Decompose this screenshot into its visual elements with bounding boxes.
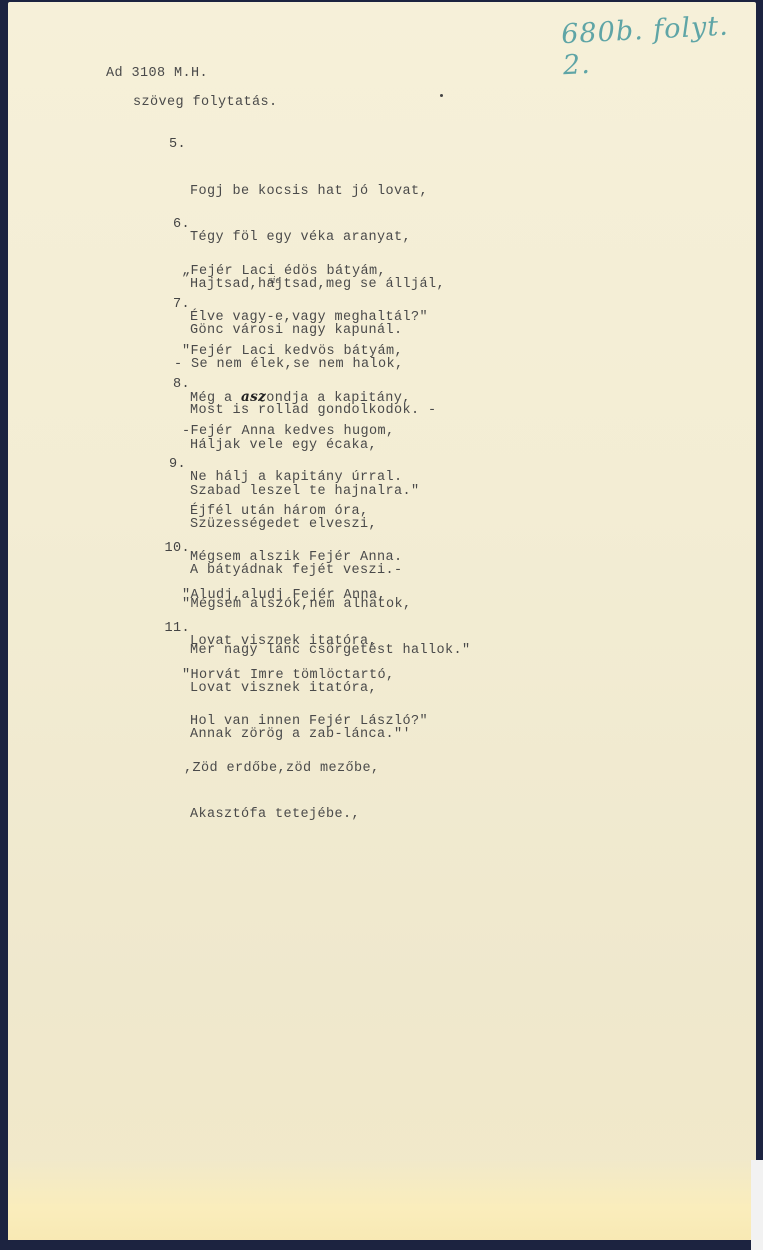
stanza-number: 6. (173, 217, 190, 233)
handwritten-sic-annotation: sic (268, 276, 281, 286)
verse-line: Hol van innen Fejér László?" (190, 714, 428, 730)
stanza-11: 11. "Horvát Imre tömlöctartó, Hol van in… (190, 621, 428, 838)
verse-line: "Horvát Imre tömlöctartó, (182, 668, 428, 684)
verse-line: Fogj be kocsis hat jó lovat, (190, 184, 445, 200)
stanza-number: 9. (169, 457, 190, 473)
verse-line: ,Zöd erdőbe,zöd mezőbe, (184, 761, 428, 777)
document-reference: Ad 3108 M.H. (106, 66, 208, 82)
ink-dot (440, 94, 443, 97)
document-subtitle: szöveg folytatás. (133, 95, 278, 111)
stanza-number: 8. (173, 377, 190, 393)
verse-line: Éjfél után három óra, (190, 504, 471, 520)
verse-line: "Aludj,aludj Fejér Anna, (182, 588, 411, 604)
page-edge (751, 1160, 763, 1250)
verse-line: -Fejér Anna kedves hugom, (182, 424, 403, 440)
stanza-number: 10. (164, 541, 190, 557)
stanza-number: 11. (164, 621, 190, 637)
stanza-number: 5. (169, 137, 190, 153)
verse-line: Akasztófa tetejébe., (190, 807, 428, 823)
handwritten-archive-number: 680b. folyt. 2. (561, 9, 763, 81)
page-discoloration (8, 1160, 756, 1240)
verse-line: "Fejér Laci kedvös bátyám, (182, 344, 420, 360)
verse-line: „Fejér Laci édös bátyám, (182, 264, 437, 280)
stanza-number: 7. (173, 297, 190, 313)
